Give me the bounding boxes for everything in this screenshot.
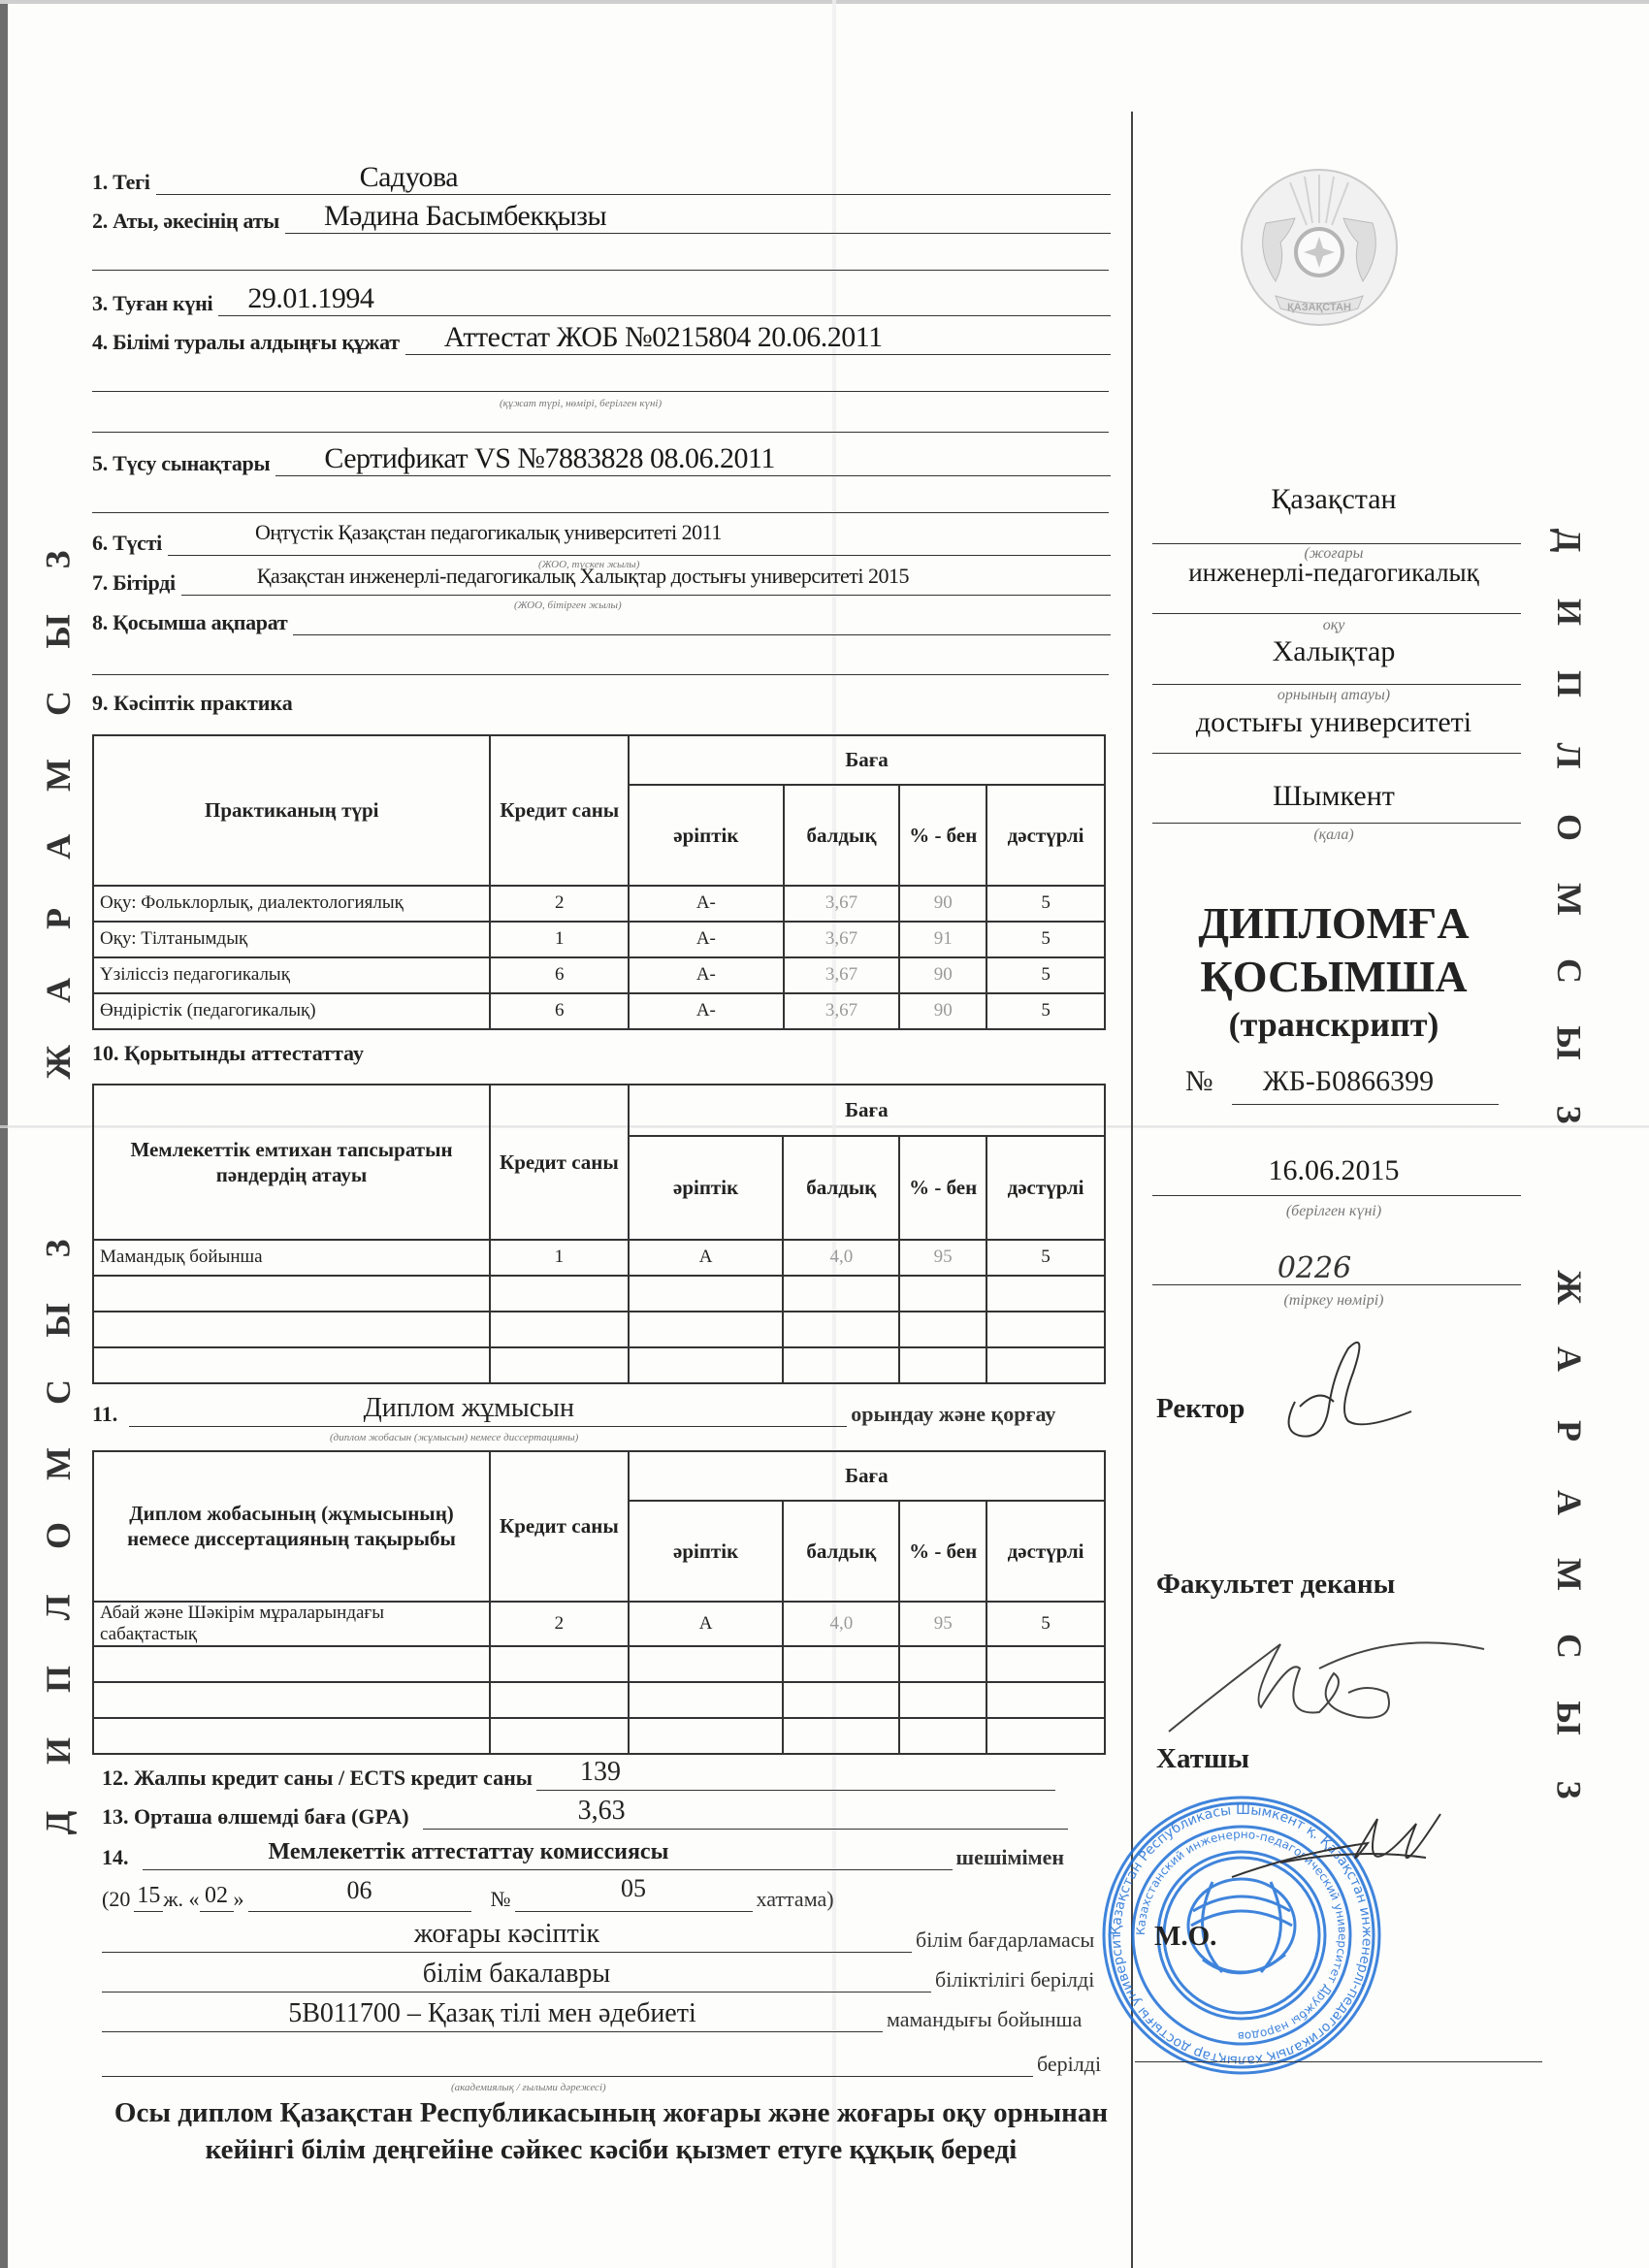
extra-label: 8. Қосымша ақпарат [92, 610, 287, 635]
side-letter: С [1534, 958, 1605, 984]
footer-note: Осы диплом Қазақстан Республикасының жоғ… [97, 2095, 1125, 2168]
cell-credits: 6 [490, 957, 629, 993]
thesis-table: Диплом жобасының (жұмысының) немесе дисс… [92, 1450, 1106, 1755]
empty-line [92, 270, 1109, 271]
rector-label: Ректор [1156, 1393, 1245, 1425]
cell-name: Абай және Шәкірім мұраларындағы сабақтас… [93, 1602, 490, 1646]
entered-value: Оңтүстік Қазақстан педагогикалық универс… [255, 520, 722, 545]
city-hint: (қала) [1135, 826, 1533, 844]
cell-traditional: 5 [986, 957, 1105, 993]
total-credits-label: 12. Жалпы кредит саны / ECTS кредит саны [102, 1766, 533, 1791]
cell-name [93, 1276, 490, 1312]
commission-value: Мемлекеттік аттестаттау комиссиясы [269, 1839, 669, 1865]
side-letter: Л [1534, 743, 1605, 769]
cell-percent: 90 [899, 993, 986, 1029]
cell-traditional: 5 [986, 1240, 1105, 1276]
rule-line [1152, 823, 1521, 824]
side-letter: О [22, 1522, 94, 1549]
commission-number: 14. [102, 1845, 129, 1870]
protocol-year-suffix: ж. « [163, 1887, 199, 1912]
protocol-suffix: хаттама) [757, 1887, 834, 1912]
side-letter: А [1534, 1346, 1605, 1372]
document-subtitle: (транскрипт) [1135, 1004, 1533, 1045]
side-letter: Р [1534, 1420, 1605, 1442]
side-letter: И [22, 1737, 94, 1765]
cell-points: 3,67 [784, 922, 900, 957]
cell-letter [629, 1718, 784, 1754]
graduated-value: Қазақстан инженерлі-педагогикалық Халықт… [257, 564, 909, 589]
cell-percent: 90 [899, 957, 986, 993]
cell-traditional [986, 1276, 1105, 1312]
cell-percent: 95 [899, 1602, 986, 1646]
side-letter: П [22, 1666, 94, 1693]
side-letter: П [1534, 670, 1605, 697]
empty-line [92, 674, 1109, 675]
prev-doc-value: Аттестат ЖОБ №0215804 20.06.2011 [444, 321, 883, 354]
entrance-value: Сертификат VS №7883828 08.06.2011 [324, 442, 775, 475]
rector-signature-icon [1276, 1334, 1431, 1450]
rule-line [1152, 753, 1521, 754]
university-hint-2: оқу [1135, 617, 1533, 634]
table-row [93, 1646, 1105, 1682]
cell-percent [899, 1682, 986, 1718]
specialty-row: 5В011700 – Қазақ тілі мен әдебиеті маман… [102, 2002, 1082, 2032]
protocol-year: 15 [134, 1883, 163, 1909]
protocol-day: 02 [200, 1883, 234, 1909]
side-text-left-bottom: ЗЫСМОЛПИД [41, 1213, 75, 1859]
protocol-no-label: № [491, 1887, 511, 1912]
cell-letter: А- [629, 922, 784, 957]
secretary-label: Хатшы [1156, 1743, 1249, 1775]
side-letter: М [1534, 883, 1605, 916]
scan-edge [0, 0, 8, 2268]
state-emblem: ҚАЗАҚСТАН [1237, 165, 1402, 330]
table-row [93, 1718, 1105, 1754]
issue-date-hint: (берілген күні) [1135, 1203, 1533, 1220]
rule-line [1152, 684, 1521, 685]
thesis-suffix: орындау және қорғау [851, 1402, 1055, 1427]
degree-hint: (академиялық / ғылыми дәрежесі) [451, 2082, 606, 2093]
document-title-line-2: ҚОСЫМША [1135, 951, 1533, 1003]
rule-line [1232, 1104, 1499, 1105]
side-letter: А [1534, 1490, 1605, 1515]
table-row: Үзіліссіз педагогикалық6А-3,67905 [93, 957, 1105, 993]
table-row: Оқу: Тілтанымдық1А-3,67915 [93, 922, 1105, 957]
cell-points [783, 1312, 899, 1347]
rule-line [1152, 613, 1521, 614]
cell-points: 4,0 [783, 1240, 899, 1276]
field-birth: 3. Туған күні 29.01.1994 [92, 286, 1111, 316]
side-letter: И [1534, 599, 1605, 626]
svg-text:ҚАЗАҚСТАН: ҚАЗАҚСТАН [1287, 302, 1351, 313]
side-text-right-top: ДИПЛОМСЫЗ [1552, 504, 1586, 1150]
city-value: Шымкент [1135, 780, 1533, 813]
side-letter: А [22, 834, 94, 859]
header-points: балдық [783, 1501, 899, 1602]
registration-number-hint: (тіркеу нөмірі) [1135, 1292, 1533, 1310]
rule-line [1152, 1195, 1521, 1196]
cell-name: Оқу: Тілтанымдық [93, 922, 490, 957]
prev-doc-label: 4. Білімі туралы алдыңғы құжат [92, 330, 400, 355]
program-suffix: білім бағдарламасы [916, 1928, 1094, 1953]
header-letter: әріптік [629, 1136, 784, 1240]
number-label: № [1185, 1065, 1213, 1098]
cell-traditional: 5 [986, 1602, 1105, 1646]
gpa-value: 3,63 [578, 1796, 626, 1827]
side-letter: С [1534, 1634, 1605, 1659]
cell-credits: 2 [490, 886, 629, 922]
header-percent: % - бен [899, 1136, 986, 1240]
header-credits: Кредит саны [490, 1451, 629, 1602]
birth-label: 3. Туған күні [92, 291, 212, 316]
emblem-icon: ҚАЗАҚСТАН [1237, 165, 1402, 330]
cell-percent [899, 1276, 986, 1312]
registration-number: 0226 [1115, 1251, 1513, 1285]
header-grade: Баға [629, 1085, 1105, 1136]
table-row [93, 1682, 1105, 1718]
graduated-label: 7. Бітірді [92, 570, 176, 596]
header-credits: Кредит саны [490, 1085, 629, 1240]
rule-line [1135, 2061, 1542, 2062]
cell-letter [629, 1276, 784, 1312]
header-letter: әріптік [629, 1501, 784, 1602]
side-letter: О [1534, 814, 1605, 841]
side-letter: Ы [22, 614, 94, 648]
table-row [93, 1347, 1105, 1383]
final-attestation-table: Мемлекеттік емтихан тапсыратын пәндердің… [92, 1084, 1106, 1384]
university-hint-3: орнының атауы) [1135, 687, 1533, 704]
cell-credits [490, 1682, 629, 1718]
header-percent: % - бен [899, 1501, 986, 1602]
side-letter: Ы [22, 1303, 94, 1337]
final-attestation-title: 10. Қорытынды аттестаттау [92, 1041, 364, 1066]
program-row: жоғары кәсіптік білім бағдарламасы [102, 1923, 1094, 1953]
qualification-suffix: біліктілігі берілді [935, 1967, 1094, 1993]
cell-points [783, 1682, 899, 1718]
cell-letter: А- [629, 886, 784, 922]
field-prev-doc: 4. Білімі туралы алдыңғы құжат Аттестат … [92, 325, 1111, 355]
empty-line [92, 432, 1109, 433]
rule-line [1152, 1284, 1521, 1285]
degree-row: берілді [102, 2047, 1101, 2077]
side-letter: Ы [1534, 1025, 1605, 1059]
empty-line [92, 391, 1109, 392]
secretary-signature-icon [1222, 1804, 1445, 1901]
gpa-label: 13. Орташа өлшемді баға (GPA) [102, 1804, 409, 1830]
scan-edge-top [0, 0, 1649, 4]
cell-points [783, 1646, 899, 1682]
cell-points: 3,67 [784, 957, 900, 993]
side-letter: М [22, 759, 94, 792]
practice-title: 9. Кәсіптік практика [92, 691, 293, 716]
header-traditional: дәстүрлі [986, 785, 1105, 886]
cell-percent: 95 [899, 1240, 986, 1276]
cell-letter: А- [629, 957, 784, 993]
cell-points: 3,67 [784, 886, 900, 922]
name-label: 2. Аты, әкесінің аты [92, 209, 279, 234]
side-letter: З [22, 550, 94, 568]
table-row: Мамандық бойынша1А4,0955 [93, 1240, 1105, 1276]
commission-row: 14. Мемлекеттік аттестаттау комиссиясы ш… [102, 1840, 1064, 1870]
table-row [93, 1312, 1105, 1347]
cell-percent [899, 1718, 986, 1754]
prev-doc-hint: (құжат түрі, нөмірі, берілген күні) [500, 398, 662, 409]
surname-value: Садуова [360, 161, 458, 194]
cell-letter [629, 1646, 784, 1682]
cell-credits: 2 [490, 1602, 629, 1646]
protocol-day-suffix: » [234, 1887, 244, 1912]
field-graduated: 7. Бітірді Қазақстан инженерлі-педагогик… [92, 566, 1111, 596]
cell-points [783, 1276, 899, 1312]
cell-traditional: 5 [986, 922, 1105, 957]
side-letter: Р [22, 908, 94, 929]
field-entered: 6. Түсті Оңтүстік Қазақстан педагогикалы… [92, 526, 1111, 556]
cell-name: Мамандық бойынша [93, 1240, 490, 1276]
header-percent: % - бен [899, 785, 986, 886]
cell-points [783, 1718, 899, 1754]
entrance-label: 5. Түсу сынақтары [92, 451, 270, 476]
cell-percent: 91 [899, 922, 986, 957]
side-letter: А [22, 978, 94, 1003]
side-letter: Ж [22, 1045, 94, 1080]
total-credits-value: 139 [580, 1757, 621, 1788]
cell-name: Үзіліссіз педагогикалық [93, 957, 490, 993]
cell-percent [899, 1646, 986, 1682]
side-letter: Д [22, 1811, 94, 1835]
cell-letter [629, 1312, 784, 1347]
header-grade: Баға [629, 1451, 1105, 1501]
header-type: Мемлекеттік емтихан тапсыратын пәндердің… [93, 1085, 490, 1240]
cell-points [783, 1347, 899, 1383]
header-traditional: дәстүрлі [986, 1501, 1105, 1602]
cell-traditional [986, 1312, 1105, 1347]
program-value: жоғары кәсіптік [102, 1919, 912, 1950]
cell-name [93, 1718, 490, 1754]
issue-date: 16.06.2015 [1135, 1154, 1533, 1187]
side-text-left-top: ЗЫСМАРАЖ [41, 524, 76, 1098]
thesis-value: Диплом жұмысын [90, 1393, 847, 1424]
qualification-value: білім бакалавры [102, 1959, 931, 1990]
specialty-value: 5В011700 – Қазақ тілі мен әдебиеті [102, 1998, 883, 2029]
university-line-2: инженерлі-педагогикалық [1135, 558, 1533, 588]
header-traditional: дәстүрлі [986, 1136, 1105, 1240]
thesis-hint: (диплом жобасын (жұмысын) немесе диссерт… [330, 1432, 578, 1443]
protocol-prefix: (20 [102, 1887, 130, 1912]
gpa-row: 13. Орташа өлшемді баға (GPA) 3,63 [102, 1799, 1068, 1830]
cell-traditional [986, 1646, 1105, 1682]
cell-name: Оқу: Фольклорлық, диалектологиялық [93, 886, 490, 922]
header-points: балдық [784, 785, 900, 886]
header-points: балдық [783, 1136, 899, 1240]
document-number: ЖБ-Б0866399 [1232, 1065, 1465, 1098]
side-letter: М [1534, 1558, 1605, 1591]
side-letter: Л [22, 1595, 94, 1621]
protocol-no: 05 [515, 1874, 753, 1903]
field-surname: 1. Тегі Садуова [92, 165, 1111, 195]
cell-credits [490, 1312, 629, 1347]
cell-credits [490, 1276, 629, 1312]
cell-credits [490, 1646, 629, 1682]
cell-letter: А- [629, 993, 784, 1029]
field-entrance: 5. Түсу сынақтары Сертификат VS №7883828… [92, 446, 1111, 476]
cell-credits: 6 [490, 993, 629, 1029]
side-letter: С [22, 691, 94, 716]
cell-percent: 90 [899, 886, 986, 922]
cell-name [93, 1682, 490, 1718]
document-title-line-1: ДИПЛОМҒА [1135, 897, 1533, 950]
cell-letter: А [629, 1240, 784, 1276]
header-type: Практиканың түрі [93, 735, 490, 886]
cell-name: Өндірістік (педагогикалық) [93, 993, 490, 1029]
cell-traditional: 5 [986, 993, 1105, 1029]
degree-suffix: берілді [1037, 2052, 1101, 2077]
cell-traditional: 5 [986, 886, 1105, 922]
table-row: Оқу: Фольклорлық, диалектологиялық2А-3,6… [93, 886, 1105, 922]
protocol-row: (20 15 ж. « 02 » 06 № 05 хаттама) [102, 1882, 834, 1912]
thesis-row: 11. Диплом жұмысын орындау және қорғау [92, 1397, 1111, 1427]
cell-credits [490, 1718, 629, 1754]
practice-table: Практиканың түріКредит саныБағаәріптікба… [92, 734, 1106, 1030]
seal-label: М.О. [1154, 1921, 1216, 1953]
cell-traditional [986, 1682, 1105, 1718]
side-letter: Д [1534, 529, 1605, 553]
entered-label: 6. Түсті [92, 531, 162, 556]
side-letter: С [22, 1379, 94, 1405]
cell-name [93, 1646, 490, 1682]
cell-percent [899, 1347, 986, 1383]
header-letter: әріптік [629, 785, 784, 886]
birth-value: 29.01.1994 [247, 282, 373, 315]
dean-label: Факультет деканы [1156, 1569, 1395, 1601]
commission-suffix: шешімімен [956, 1845, 1065, 1870]
university-line-3: Халықтар [1135, 635, 1533, 668]
cell-traditional [986, 1347, 1105, 1383]
field-name: 2. Аты, әкесінің аты Мәдина Басымбекқызы [92, 204, 1111, 234]
name-value: Мәдина Басымбекқызы [324, 200, 606, 233]
total-credits-row: 12. Жалпы кредит саны / ECTS кредит саны… [102, 1761, 1055, 1791]
side-letter: Ы [1534, 1701, 1605, 1734]
side-letter: З [22, 1239, 94, 1257]
side-letter: З [1534, 1105, 1605, 1123]
table-row [93, 1276, 1105, 1312]
table-row: Өндірістік (педагогикалық)6А-3,67905 [93, 993, 1105, 1029]
cell-letter: А [629, 1602, 784, 1646]
protocol-month: 06 [248, 1876, 471, 1905]
specialty-suffix: мамандығы бойынша [887, 2007, 1082, 2032]
header-type: Диплом жобасының (жұмысының) немесе дисс… [93, 1451, 490, 1602]
university-line-4: достығы университеті [1135, 706, 1533, 739]
university-line-1: Қазақстан [1135, 483, 1533, 516]
cell-letter [629, 1682, 784, 1718]
surname-label: 1. Тегі [92, 170, 150, 195]
dean-signature-icon [1164, 1630, 1494, 1736]
cell-credits: 1 [490, 922, 629, 957]
field-extra: 8. Қосымша ақпарат [92, 605, 1111, 635]
qualification-row: білім бакалавры біліктілігі берілді [102, 1962, 1094, 1993]
cell-traditional [986, 1718, 1105, 1754]
cell-points: 3,67 [784, 993, 900, 1029]
rule-line [1152, 543, 1521, 544]
side-letter: З [1534, 1780, 1605, 1798]
empty-line [92, 512, 1109, 513]
cell-name [93, 1347, 490, 1383]
cell-percent [899, 1312, 986, 1347]
cell-credits: 1 [490, 1240, 629, 1276]
header-grade: Баға [629, 735, 1105, 785]
cell-points: 4,0 [783, 1602, 899, 1646]
side-letter: М [22, 1447, 94, 1480]
cell-name [93, 1312, 490, 1347]
side-text-right-bottom: ЖАРАМСЫЗ [1552, 1251, 1587, 1826]
table-row: Абай және Шәкірім мұраларындағы сабақтас… [93, 1602, 1105, 1646]
side-letter: Ж [1534, 1270, 1605, 1305]
cell-letter [629, 1347, 784, 1383]
cell-credits [490, 1347, 629, 1383]
header-credits: Кредит саны [490, 735, 629, 886]
